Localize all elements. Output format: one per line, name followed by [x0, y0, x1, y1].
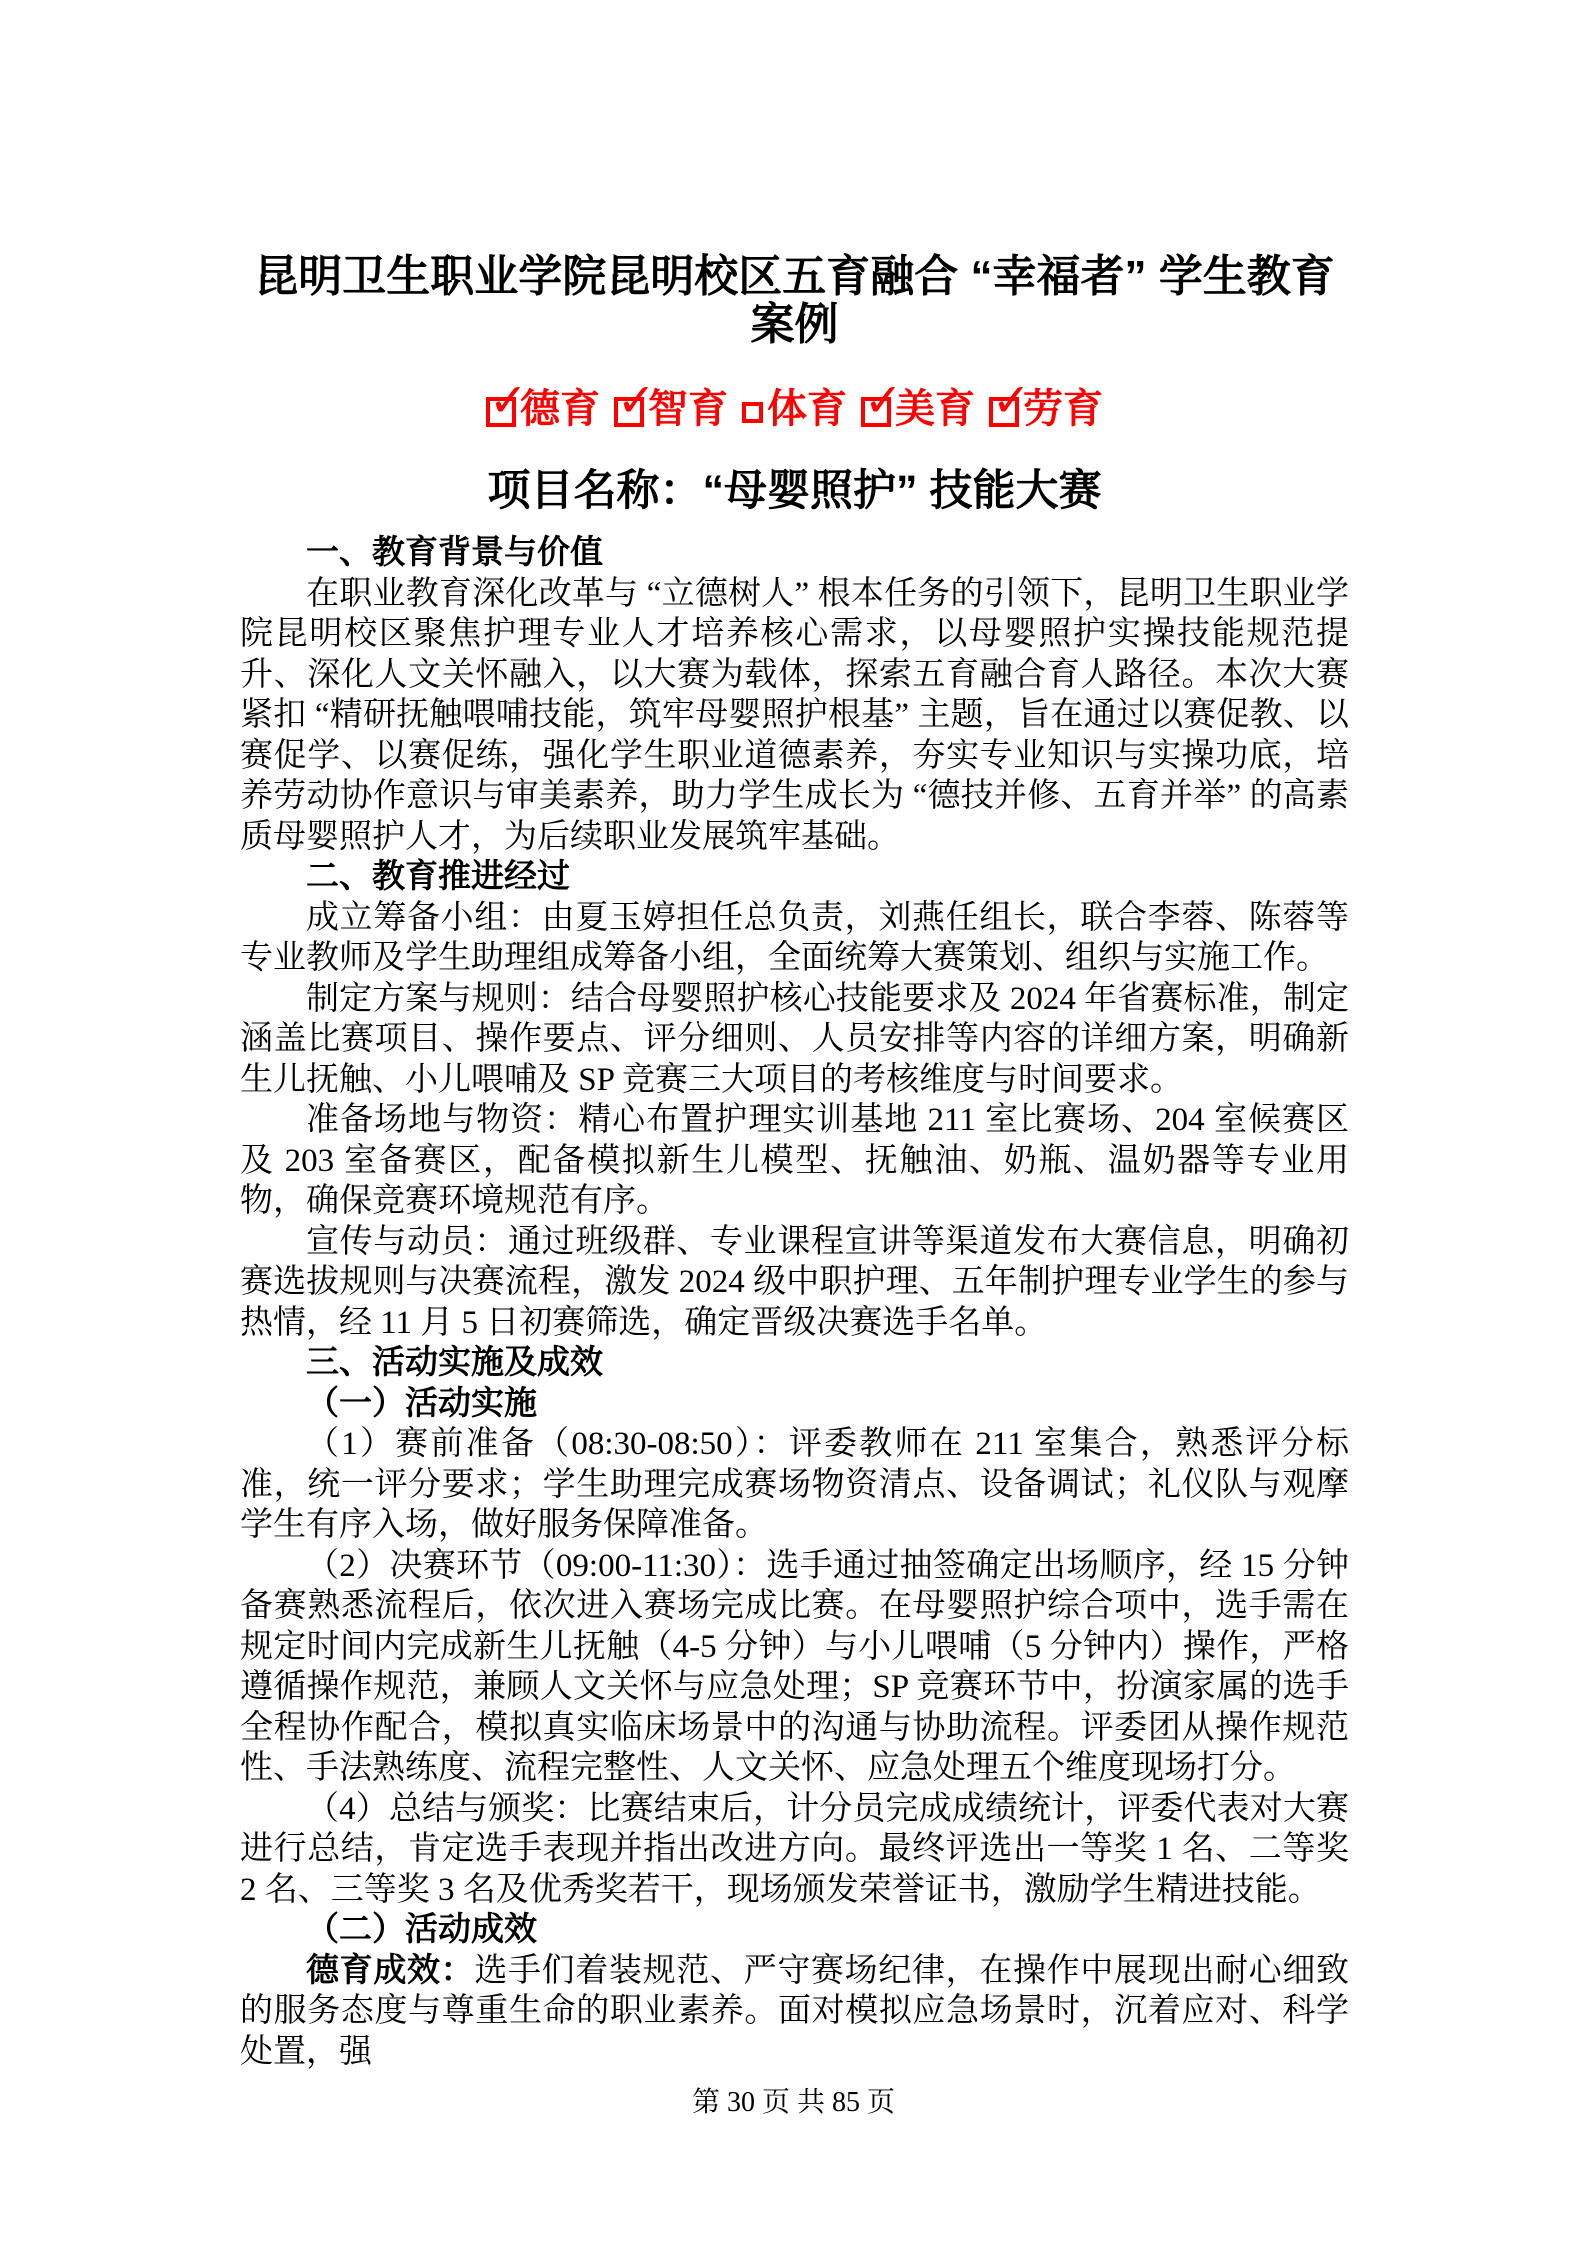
document-title: 昆明卫生职业学院昆明校区五育融合 “幸福者” 学生教育案例	[240, 0, 1349, 349]
subsection-heading-implementation: （一）活动实施	[240, 1384, 1349, 1425]
paragraph-promotion: 宣传与动员：通过班级群、专业课程宣讲等渠道发布大赛信息，明确初赛选拔规则与决赛流…	[240, 1222, 1349, 1344]
page-footer: 第 30 页 共 85 页	[0, 2080, 1587, 2120]
paragraph-preparation-team: 成立筹备小组：由夏玉婷担任总负责，刘燕任组长，联合李蓉、陈蓉等专业教师及学生助理…	[240, 898, 1349, 979]
category-zhiyu: 智育	[614, 387, 728, 431]
paragraph-final-round: （2）决赛环节（09:00-11:30）：选手通过抽签确定出场顺序，经 15 分…	[240, 1546, 1349, 1789]
project-title: 项目名称：“母婴照护” 技能大赛	[240, 467, 1349, 515]
document-body: 一、教育背景与价值 在职业教育深化改革与 “立德树人” 根本任务的引领下，昆明卫…	[240, 533, 1349, 2072]
category-checkbox-row: 德育 智育 体育 美育 劳育	[240, 387, 1349, 431]
category-meiyu: 美育	[861, 387, 975, 431]
category-label: 美育	[895, 387, 975, 431]
checkbox-checked-icon	[486, 397, 516, 427]
category-label: 德育	[520, 387, 600, 431]
category-label: 体育	[767, 387, 847, 431]
section-heading-1: 一、教育背景与价值	[240, 533, 1349, 574]
subsection-heading-results: （二）活动成效	[240, 1910, 1349, 1951]
document-content: 昆明卫生职业学院昆明校区五育融合 “幸福者” 学生教育案例 德育 智育 体育 美…	[240, 0, 1349, 2072]
category-label: 智育	[648, 387, 728, 431]
checkbox-checked-icon	[861, 397, 891, 427]
section-heading-2: 二、教育推进经过	[240, 857, 1349, 898]
checkbox-checked-icon	[989, 397, 1019, 427]
document-page: 昆明卫生职业学院昆明校区五育融合 “幸福者” 学生教育案例 德育 智育 体育 美…	[0, 0, 1587, 2245]
category-label: 劳育	[1023, 387, 1103, 431]
category-deyu: 德育	[486, 387, 600, 431]
paragraph-moral-results: 德育成效：选手们着装规范、严守赛场纪律，在操作中展现出耐心细致的服务态度与尊重生…	[240, 1951, 1349, 2073]
paragraph-lead: 德育成效：	[306, 1953, 474, 1989]
checkbox-checked-icon	[614, 397, 644, 427]
paragraph-pre-competition: （1）赛前准备（08:30-08:50）：评委教师在 211 室集合，熟悉评分标…	[240, 1424, 1349, 1546]
category-tiyu: 体育	[742, 387, 847, 431]
paragraph-venue-supplies: 准备场地与物资：精心布置护理实训基地 211 室比赛场、204 室候赛区及 20…	[240, 1100, 1349, 1222]
section-heading-3: 三、活动实施及成效	[240, 1343, 1349, 1384]
paragraph-plan-rules: 制定方案与规则：结合母婴照护核心技能要求及 2024 年省赛标准，制定涵盖比赛项…	[240, 979, 1349, 1101]
category-laoyu: 劳育	[989, 387, 1103, 431]
paragraph-background: 在职业教育深化改革与 “立德树人” 根本任务的引领下，昆明卫生职业学院昆明校区聚…	[240, 574, 1349, 858]
checkbox-unchecked-icon	[742, 402, 763, 423]
paragraph-summary-awards: （4）总结与颁奖：比赛结束后，计分员完成成绩统计，评委代表对大赛进行总结，肯定选…	[240, 1789, 1349, 1911]
